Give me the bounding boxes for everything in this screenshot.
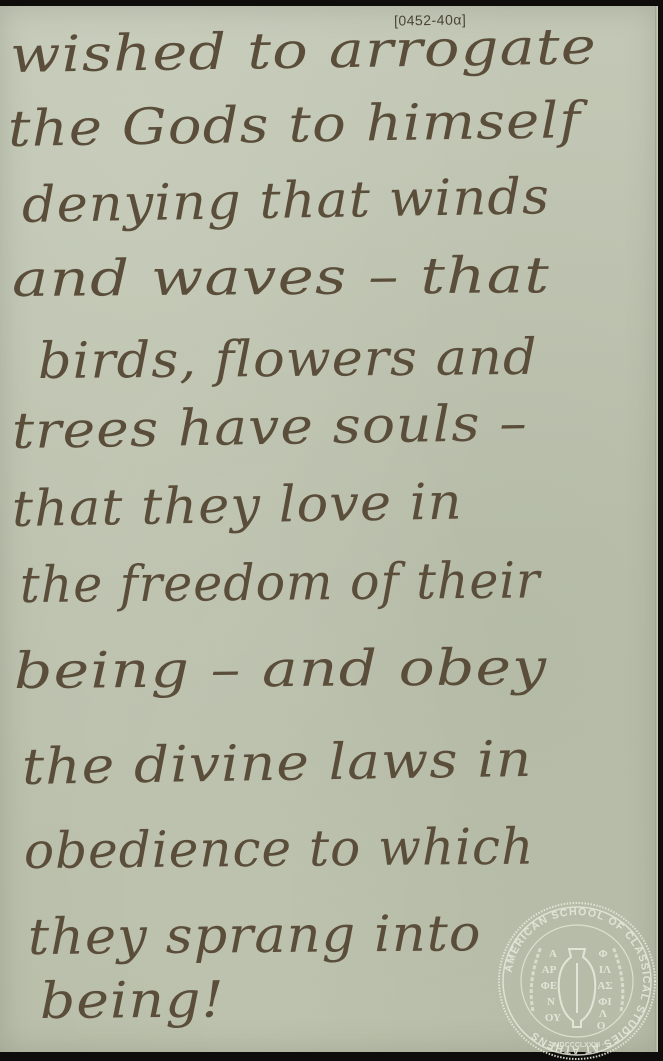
- handwritten-line-4: and waves – that: [12, 250, 551, 304]
- handwritten-line-10: the divine laws in: [22, 734, 533, 792]
- svg-text:Α: Α: [549, 948, 557, 960]
- handwritten-line-5: birds, flowers and: [38, 332, 538, 386]
- handwritten-text: wished to arrogate the Gods to himself d…: [0, 6, 658, 1052]
- svg-text:Ν: Ν: [547, 996, 555, 1008]
- svg-text:Λ: Λ: [599, 1008, 607, 1020]
- institution-seal-icon: AMERICAN SCHOOL OF CLASSICAL STUDIES AT …: [497, 901, 657, 1057]
- letter-page: [0452-40α] wished to arrogate the Gods t…: [0, 6, 658, 1052]
- handwritten-line-2: the Gods to himself: [8, 95, 582, 154]
- svg-text:Φ: Φ: [598, 948, 607, 960]
- handwritten-line-9: being – and obey: [14, 642, 548, 696]
- svg-text:ΑΡ: ΑΡ: [542, 964, 557, 976]
- svg-text:ΟΥ: ΟΥ: [545, 1012, 561, 1024]
- handwritten-line-13: being!: [40, 975, 225, 1026]
- handwritten-line-6: trees have souls –: [12, 398, 529, 456]
- handwritten-line-3: denying that winds: [22, 171, 551, 230]
- svg-text:ΦΕ: ΦΕ: [541, 980, 557, 992]
- handwritten-line-8: the freedom of their: [20, 555, 541, 610]
- handwritten-line-11: obedience to which: [24, 822, 535, 876]
- handwritten-line-1: wished to arrogate: [9, 21, 597, 80]
- scanned-document: [0452-40α] wished to arrogate the Gods t…: [0, 0, 663, 1057]
- svg-text:ΦΙ: ΦΙ: [598, 996, 611, 1008]
- handwritten-line-12: they sprang into: [28, 908, 482, 962]
- svg-text:ΙΛ: ΙΛ: [599, 964, 611, 976]
- svg-text:Ο: Ο: [597, 1020, 606, 1032]
- handwritten-line-7: that they love in: [12, 477, 463, 534]
- svg-text:ΑΣ: ΑΣ: [597, 980, 612, 992]
- svg-text:· MDCCCLXXXI ·: · MDCCCLXXXI ·: [550, 1042, 605, 1049]
